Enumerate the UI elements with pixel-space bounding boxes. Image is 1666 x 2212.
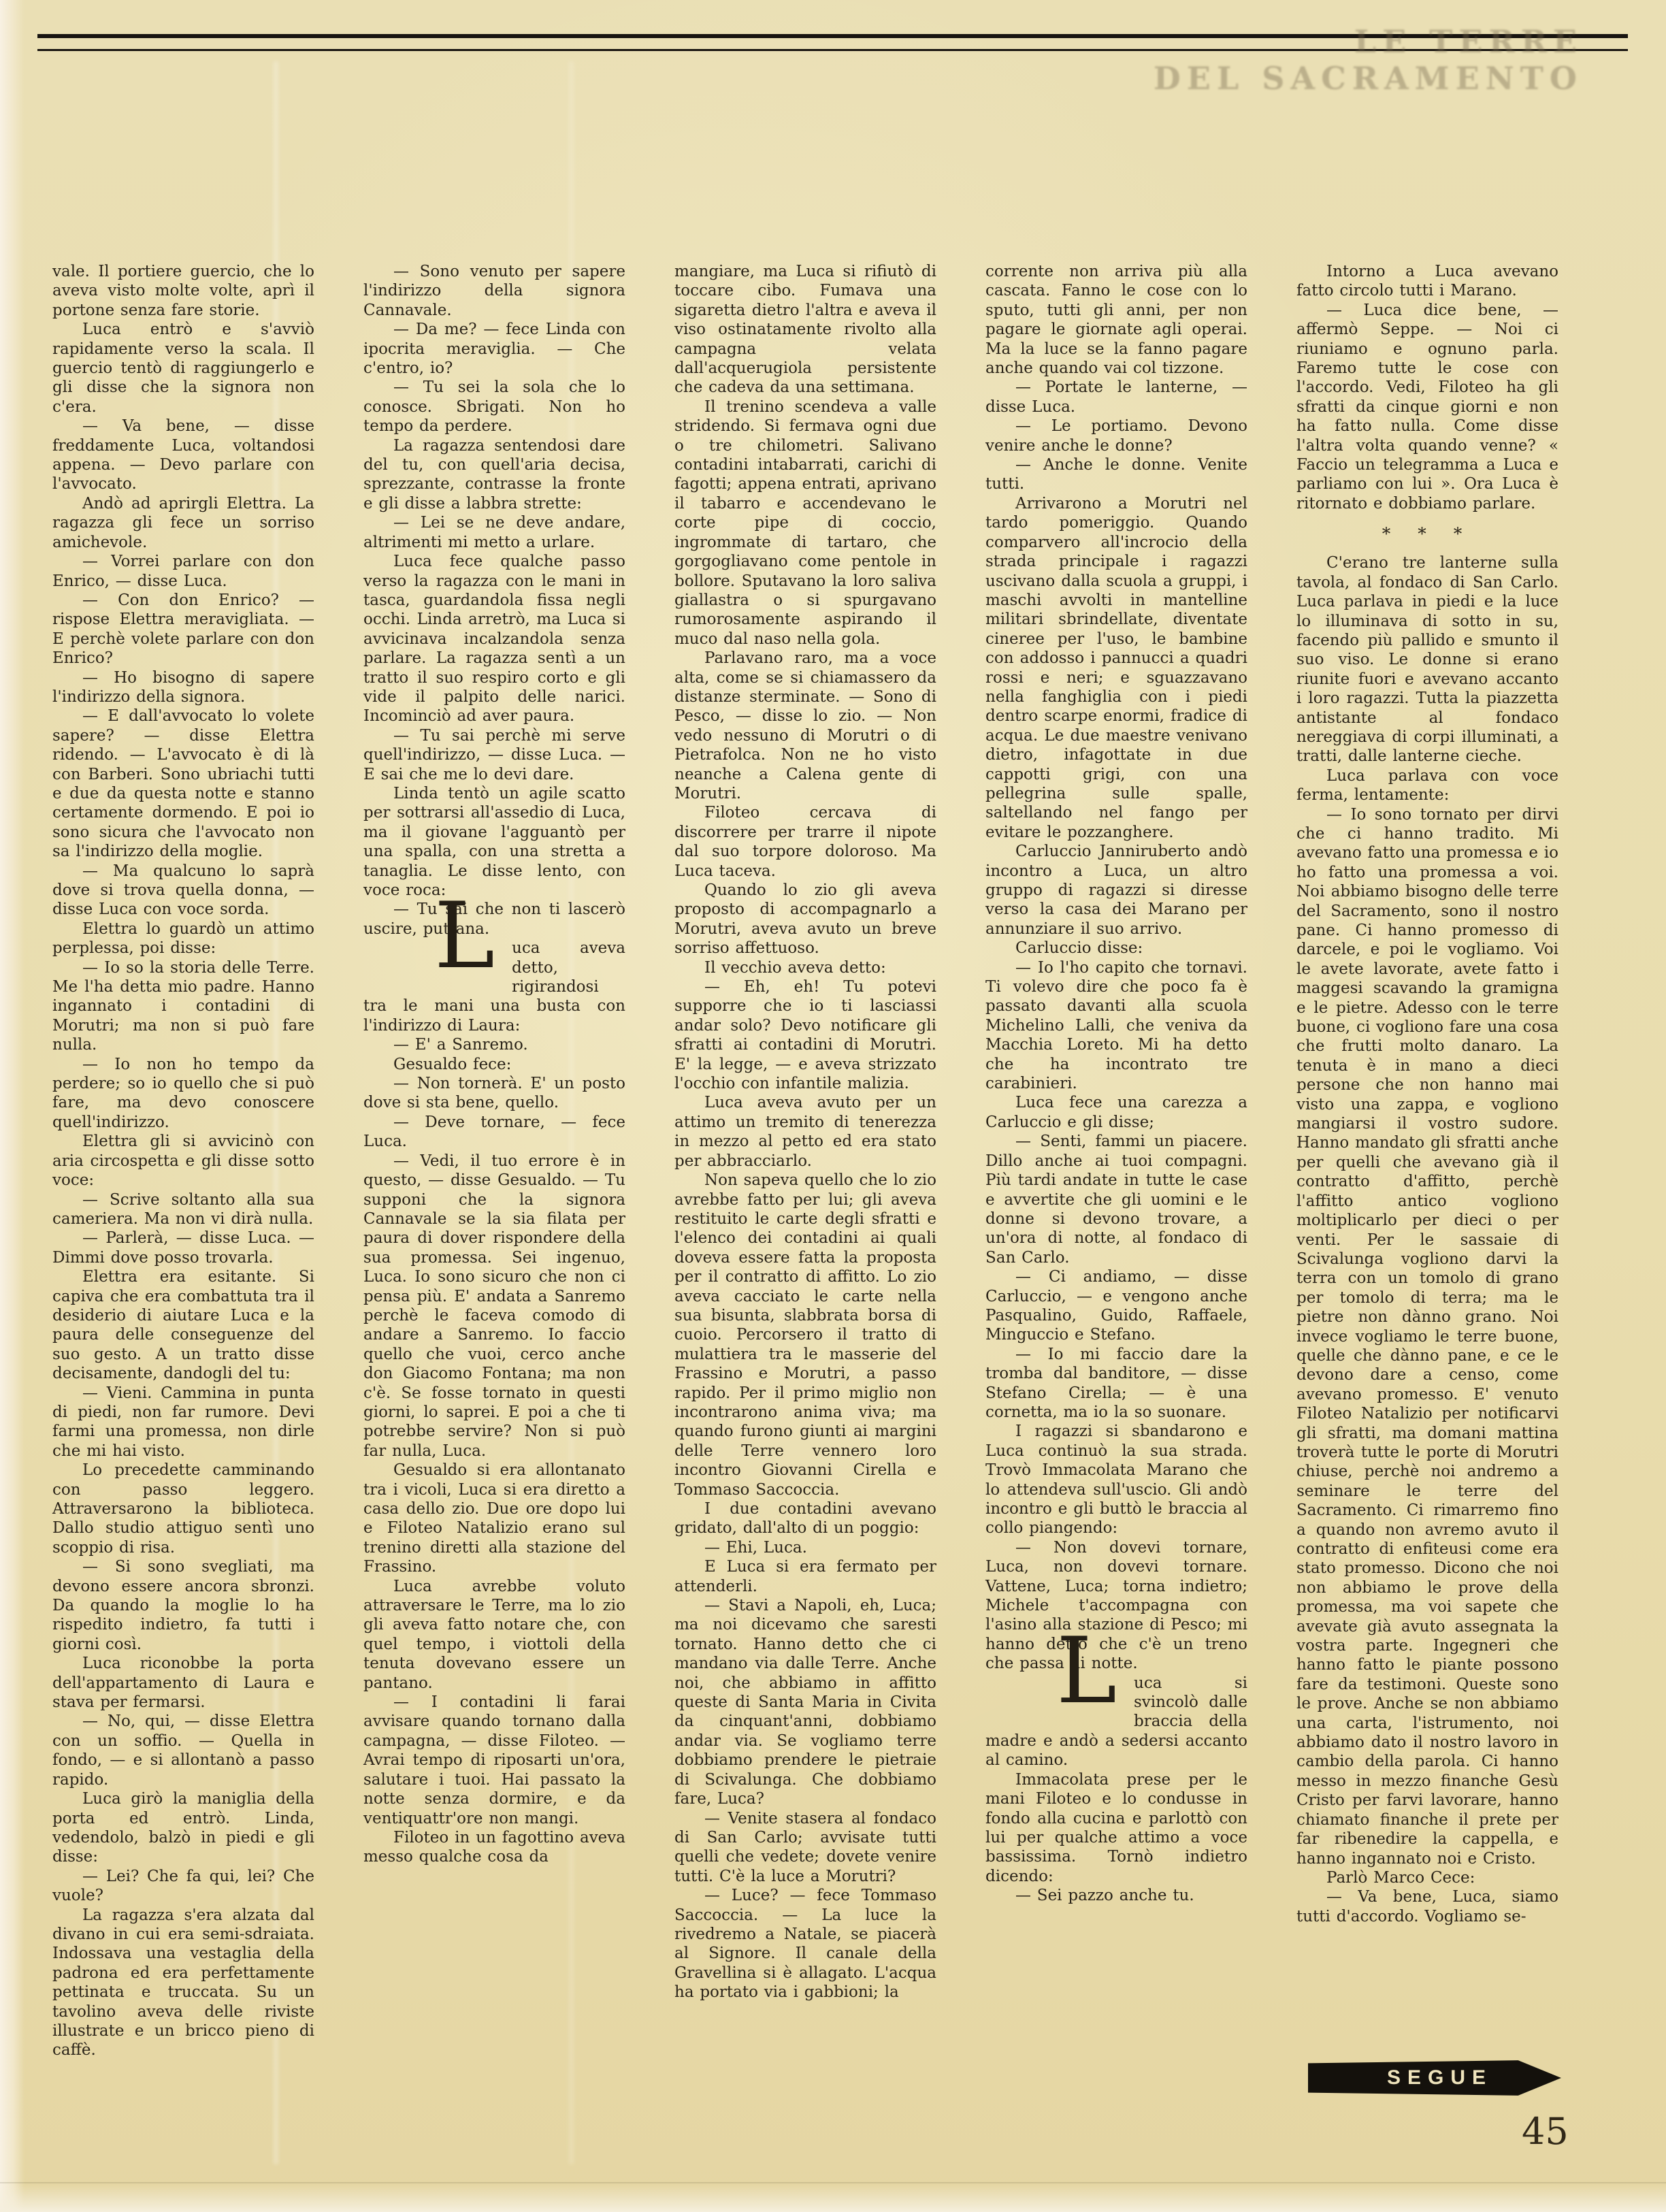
dropcap-paragraph: Luca si svincolò dalle braccia della mad… xyxy=(985,1674,1247,1770)
paragraph: Immacolata prese per le mani Filoteo e l… xyxy=(985,1770,1247,1886)
paragraph: — Stavi a Napoli, eh, Luca; ma noi dicev… xyxy=(674,1596,936,1808)
text-column-5: Intorno a Luca avevano fatto circolo tut… xyxy=(1296,262,1558,2060)
paragraph: — Venite stasera al fondaco di San Carlo… xyxy=(674,1809,936,1887)
paragraph: — Tu sei la sola che lo conosce. Sbrigat… xyxy=(363,378,625,436)
paragraph: — Luca dice bene, — affermò Seppe. — Noi… xyxy=(1296,301,1558,513)
paragraph: — Io sono tornato per dirvi che ci hanno… xyxy=(1296,805,1558,1868)
text-column-4: corrente non arriva più alla cascata. Fa… xyxy=(985,262,1247,2060)
paragraph: — Senti, fammi un piacere. Dillo anche a… xyxy=(985,1132,1247,1267)
paragraph: — Luce? — fece Tommaso Saccoccia. — La l… xyxy=(674,1886,936,2002)
paragraph: mangiare, ma Luca si rifiutò di toccare … xyxy=(674,262,936,397)
paragraph: vale. Il portiere guercio, che lo aveva … xyxy=(52,262,314,320)
paragraph: — Vedi, il tuo errore è in questo, — dis… xyxy=(363,1152,625,1461)
paragraph: Luca riconobbe la porta dell'appartament… xyxy=(52,1654,314,1712)
paragraph: I due contadini avevano gridato, dall'al… xyxy=(674,1499,936,1538)
paragraph: La ragazza s'era alzata dal divano in cu… xyxy=(52,1906,314,2060)
section-separator: * * * xyxy=(1296,524,1558,544)
paragraph: La ragazza sentendosi dare del tu, con q… xyxy=(363,436,625,514)
paragraph: — Ho bisogno di sapere l'indirizzo della… xyxy=(52,668,314,707)
text-column-2: — Sono venuto per sapere l'indirizzo del… xyxy=(363,262,625,2060)
paragraph: — Va bene, Luca, siamo tutti d'accordo. … xyxy=(1296,1887,1558,1926)
paragraph: Filoteo in un fagottino aveva messo qual… xyxy=(363,1828,625,1867)
bottom-crease xyxy=(0,2182,1666,2183)
paragraph: Luca parlava con voce ferma, lentamente: xyxy=(1296,766,1558,805)
dropcap-initial: L xyxy=(434,890,495,981)
paragraph: Luca entrò e s'avviò rapidamente verso l… xyxy=(52,320,314,417)
text-column-1: vale. Il portiere guercio, che lo aveva … xyxy=(52,262,314,2060)
paragraph: Gesualdo si era allontanato tra i vicoli… xyxy=(363,1461,625,1576)
ghost-title: LE TERRE DEL SACRAMENTO xyxy=(1154,23,1583,97)
paragraph: Non sapeva quello che lo zio avrebbe fat… xyxy=(674,1171,936,1499)
text-columns: vale. Il portiere guercio, che lo aveva … xyxy=(52,262,1559,2060)
paragraph: — Ma qualcuno lo saprà dove si trova que… xyxy=(52,862,314,920)
paragraph: — Si sono svegliati, ma devono essere an… xyxy=(52,1557,314,1654)
paragraph: — Io non ho tempo da perdere; so io quel… xyxy=(52,1055,314,1133)
paragraph: E Luca si era fermato per attenderli. xyxy=(674,1557,936,1596)
page-number: 45 xyxy=(1522,2110,1569,2153)
paragraph: Elettra lo guardò un attimo perplessa, p… xyxy=(52,920,314,958)
paragraph: Il trenino scendeva a valle stridendo. S… xyxy=(674,397,936,649)
magazine-page: LE TERRE DEL SACRAMENTO vale. Il portier… xyxy=(0,0,1666,2212)
paragraph: — Sono venuto per sapere l'indirizzo del… xyxy=(363,262,625,320)
paragraph: — Anche le donne. Venite tutti. xyxy=(985,455,1247,494)
paragraph: — Portate le lanterne, — disse Luca. xyxy=(985,378,1247,417)
paragraph: — Da me? — fece Linda con ipocrita merav… xyxy=(363,320,625,378)
paragraph: — Vorrei parlare con don Enrico, — disse… xyxy=(52,552,314,591)
paragraph: Elettra gli si avvicinò con aria circosp… xyxy=(52,1132,314,1190)
paragraph: — Lei se ne deve andare, altrimenti mi m… xyxy=(363,513,625,552)
dropcap-paragraph: Luca aveva detto, rigirandosi tra le man… xyxy=(363,939,625,1035)
paragraph: Luca fece qualche passo verso la ragazza… xyxy=(363,552,625,726)
paragraph: Il vecchio aveva detto: xyxy=(674,958,936,977)
paragraph: Luca aveva avuto per un attimo un tremit… xyxy=(674,1093,936,1171)
segue-label: SEGUE xyxy=(1387,2066,1492,2089)
paragraph: Carluccio disse: xyxy=(985,939,1247,958)
paragraph: — Io l'ho capito che tornavi. Ti volevo … xyxy=(985,958,1247,1094)
paragraph: corrente non arriva più alla cascata. Fa… xyxy=(985,262,1247,378)
paragraph: — No, qui, — disse Elettra con un soffio… xyxy=(52,1712,314,1789)
scan-edge-left xyxy=(0,0,24,2212)
paragraph: — Sei pazzo anche tu. xyxy=(985,1886,1247,1905)
paragraph: Quando lo zio gli aveva proposto di acco… xyxy=(674,881,936,958)
paragraph: Elettra era esitante. Si capiva che era … xyxy=(52,1267,314,1383)
paragraph: I ragazzi si sbandarono e Luca continuò … xyxy=(985,1422,1247,1538)
paragraph: — Non tornerà. E' un posto dove si sta b… xyxy=(363,1074,625,1113)
paragraph: — E dall'avvocato lo volete sapere? — di… xyxy=(52,706,314,861)
scan-edge-bottom xyxy=(0,2185,1666,2212)
paragraph: Luca girò la maniglia della porta ed ent… xyxy=(52,1789,314,1867)
paragraph: — Deve tornare, — fece Luca. xyxy=(363,1113,625,1152)
segue-arrow: SEGUE xyxy=(1308,2060,1561,2096)
paragraph: C'erano tre lanterne sulla tavola, al fo… xyxy=(1296,553,1558,766)
dropcap-box: L xyxy=(1056,1674,1124,1712)
paragraph: Luca fece una carezza a Carluccio e gli … xyxy=(985,1093,1247,1132)
paragraph: — Le portiamo. Devono venire anche le do… xyxy=(985,417,1247,455)
paragraph: Gesualdo fece: xyxy=(363,1055,625,1074)
paragraph: Parlavano raro, ma a voce alta, come se … xyxy=(674,649,936,803)
paragraph: — Vieni. Cammina in punta di piedi, non … xyxy=(52,1384,314,1461)
paragraph: — Io so la storia delle Terre. Me l'ha d… xyxy=(52,958,314,1055)
paragraph: — Parlerà, — disse Luca. — Dimmi dove po… xyxy=(52,1229,314,1267)
paragraph: — E' a Sanremo. xyxy=(363,1035,625,1054)
paragraph: Parlò Marco Cece: xyxy=(1296,1868,1558,1887)
ghost-title-line: DEL SACRAMENTO xyxy=(1154,60,1583,97)
paragraph: Carluccio Janniruberto andò incontro a L… xyxy=(985,842,1247,939)
paragraph: — Scrive soltanto alla sua cameriera. Ma… xyxy=(52,1190,314,1229)
paragraph: — I contadini li farai avvisare quando t… xyxy=(363,1693,625,1828)
paragraph: — Lei? Che fa qui, lei? Che vuole? xyxy=(52,1867,314,1906)
paragraph: Intorno a Luca avevano fatto circolo tut… xyxy=(1296,262,1558,301)
paragraph: Arrivarono a Morutri nel tardo pomeriggi… xyxy=(985,494,1247,842)
paragraph: Andò ad aprirgli Elettra. La ragazza gli… xyxy=(52,494,314,552)
dropcap-box: L xyxy=(434,939,502,977)
paragraph: — Eh, eh! Tu potevi supporre che io ti l… xyxy=(674,977,936,1093)
text-column-3: mangiare, ma Luca si rifiutò di toccare … xyxy=(674,262,936,2060)
dropcap-initial: L xyxy=(1056,1625,1117,1717)
paragraph: — Tu sai perchè mi serve quell'indirizzo… xyxy=(363,726,625,784)
paragraph: — Io mi faccio dare la tromba dal bandit… xyxy=(985,1345,1247,1422)
paragraph: — Va bene, — disse freddamente Luca, vol… xyxy=(52,417,314,494)
paragraph: — Ci andiamo, — disse Carluccio, — e ven… xyxy=(985,1267,1247,1345)
ghost-title-line: LE TERRE xyxy=(1154,23,1583,60)
paragraph: Filoteo cercava di discorrere per trarre… xyxy=(674,803,936,881)
paragraph: — Ehi, Luca. xyxy=(674,1538,936,1557)
paragraph: Luca avrebbe voluto attraversare le Terr… xyxy=(363,1577,625,1693)
paragraph: — Con don Enrico? — rispose Elettra mera… xyxy=(52,591,314,668)
paragraph: Lo precedette camminando con passo legge… xyxy=(52,1461,314,1557)
